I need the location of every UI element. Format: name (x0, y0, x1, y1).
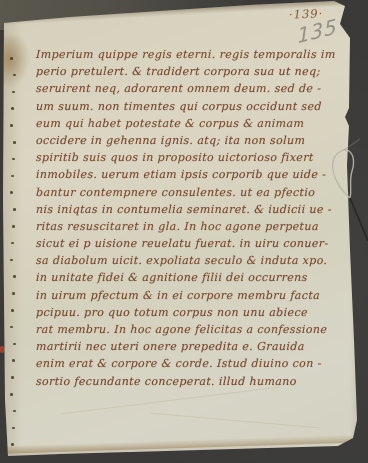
text-line: spiritib suis quos in proposito uictorio… (36, 149, 339, 166)
pricking-dot (13, 141, 16, 144)
text-line: in uirum pfectum & in ei corpore membru … (36, 287, 339, 304)
text-line: martirii nec uteri onere prepedita e. Gr… (36, 338, 339, 355)
red-edge-mark (0, 346, 4, 353)
text-line: bantur contempnere consulentes. ut ea pf… (36, 184, 339, 201)
pricking-dot (13, 74, 16, 77)
pricking-dot (11, 175, 14, 178)
pricking-dot (12, 359, 15, 362)
parchment-scratch (150, 413, 319, 429)
text-line: pcipuu. pro quo totum corpus non unu abi… (36, 304, 339, 321)
pricking-dot (10, 259, 13, 262)
text-line: occidere in gehenna ignis. atq; ita non … (36, 132, 339, 149)
text-line: Imperium quippe regis eterni. regis temp… (36, 46, 339, 63)
pricking-dot (12, 91, 15, 94)
page-bottom-edge-shading (0, 434, 368, 454)
manuscript-page: ·139· 135 Imperium quippe regis eterni. … (0, 0, 368, 463)
parchment-scratch (61, 387, 279, 415)
pricking-dot (13, 275, 16, 278)
pricking-dot (13, 208, 16, 211)
text-line: perio pretulert. & tradidert corpora sua… (36, 63, 339, 80)
text-line: eum qui habet potestate & corpus & anima… (36, 115, 339, 132)
pricking-dot (10, 124, 13, 127)
text-line: sicut ei p uisione reuelatu fuerat. in u… (36, 235, 339, 252)
text-line: um suum. non timentes qui corpus occidun… (36, 98, 339, 115)
pricking-dot (11, 376, 14, 379)
wire-cord (350, 198, 368, 241)
pricking-dot (13, 410, 16, 413)
pricking-dot (12, 427, 15, 430)
pricking-dot (10, 393, 13, 396)
stain (0, 36, 30, 88)
pricking-dot (10, 326, 13, 329)
text-line: nis iniqtas in contumelia seminaret. & i… (36, 201, 339, 218)
pricking-dot (12, 292, 15, 295)
text-line: seruirent neq, adorarent omnem deum. sed… (36, 80, 339, 97)
pricking-dot (13, 343, 16, 346)
pricking-dot (11, 443, 14, 446)
pricking-dot (11, 107, 14, 110)
text-line: sortio fecundante conceperat. illud huma… (36, 373, 339, 390)
manuscript-photo: ·139· 135 Imperium quippe regis eterni. … (0, 0, 368, 463)
text-line: in unitate fidei & agnitione filii dei o… (36, 269, 339, 286)
text-line: ritas resuscitaret in gla. In hoc agone … (36, 218, 339, 235)
pricking-dot (10, 191, 13, 194)
text-line: inmobiles. uerum etiam ipsis corporib qu… (36, 166, 339, 183)
pricking-dot (10, 57, 13, 60)
pricking-dot (12, 158, 15, 161)
pricking-dot (11, 309, 14, 312)
text-line: sa diabolum uicit. expoliata seculo & in… (36, 252, 339, 269)
text-block: Imperium quippe regis eterni. regis temp… (36, 46, 338, 390)
pricking-dot (11, 242, 14, 245)
pricking-dot (12, 225, 15, 228)
text-line: enim erat & corpore & corde. Istud diuin… (36, 355, 339, 372)
text-line: rat membru. In hoc agone felicitas a con… (36, 321, 339, 338)
